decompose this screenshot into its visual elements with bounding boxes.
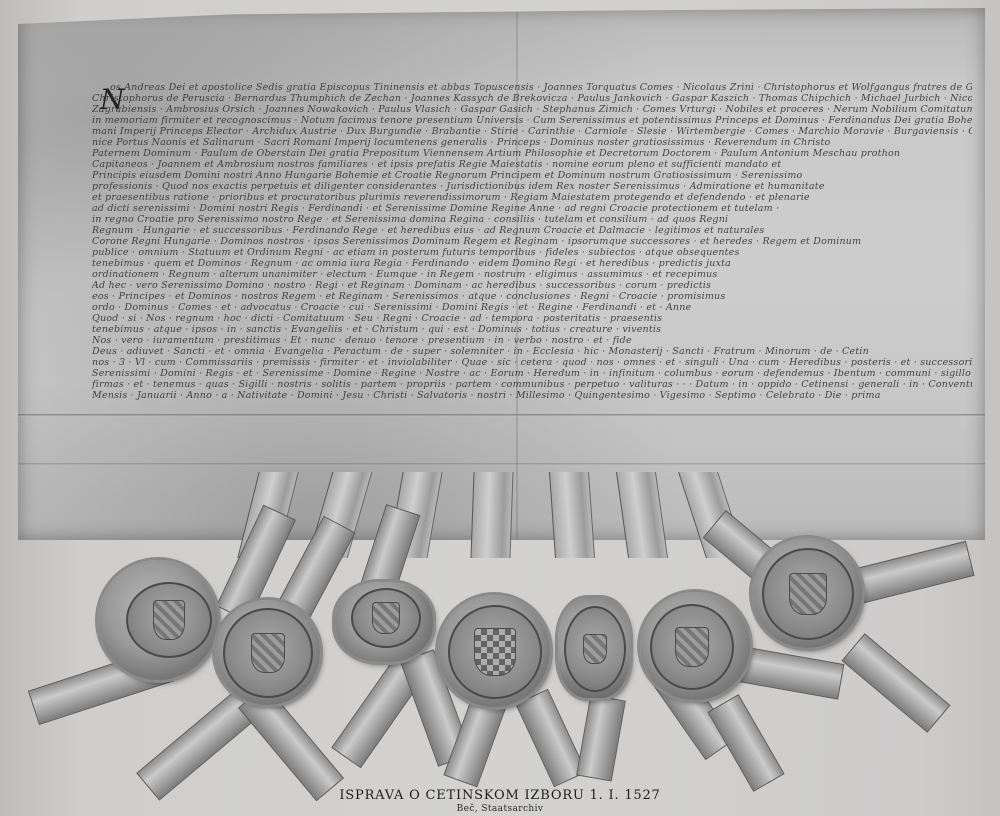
text-line: os Andreas Dei et apostolice Sedis grati… bbox=[92, 82, 972, 93]
text-line: nos · 3 · Vl · cum · Commissariis · prem… bbox=[92, 357, 972, 368]
crowned-shield-icon bbox=[251, 633, 285, 673]
text-line: tenebimus · atque · ipsos · in · sanctis… bbox=[92, 324, 972, 335]
seal-impression bbox=[564, 606, 626, 692]
wax-seal-5 bbox=[558, 598, 630, 698]
seal-impression bbox=[223, 608, 313, 698]
text-line: ad dicti serenissimi · Domini nostri Reg… bbox=[92, 203, 972, 214]
fold-line-lower bbox=[18, 463, 985, 466]
figure-caption: ISPRAVA O CETINSKOM IZBORU 1. I. 1527 bbox=[0, 788, 1000, 803]
charter-text: os Andreas Dei et apostolice Sedis grati… bbox=[92, 82, 972, 412]
wax-seal-3 bbox=[335, 582, 433, 662]
wax-seal-1 bbox=[98, 560, 218, 680]
text-line: Deus · adiuvet · Sancti · et · omnia · E… bbox=[92, 346, 972, 357]
figure-source: Beč, Staatsarchiv bbox=[0, 804, 1000, 814]
text-line: et praesentibus ratione · prioribus et p… bbox=[92, 192, 972, 203]
seal-ribbon bbox=[842, 633, 951, 733]
text-line: Nos · vero · iuramentum · prestitimus · … bbox=[92, 335, 972, 346]
seal-ribbon bbox=[738, 646, 845, 699]
wax-seal-2 bbox=[215, 600, 320, 705]
seal-impression bbox=[448, 605, 542, 699]
text-line: Ad hec · vero Serenissimo Domino · nostr… bbox=[92, 280, 972, 291]
seal-impression bbox=[650, 604, 734, 690]
text-line: Paternem Dominum · Paulum de Oberstain D… bbox=[92, 148, 972, 159]
helmeted-shield-icon bbox=[675, 627, 709, 667]
seal-impression bbox=[126, 582, 212, 658]
text-line: in memoriam firmiter et recognoscimus · … bbox=[92, 115, 972, 126]
text-line: eos · Principes · et Dominos · nostros R… bbox=[92, 291, 972, 302]
eagle-shield-icon bbox=[789, 573, 827, 615]
heraldic-shield-icon bbox=[153, 600, 185, 640]
text-line: Christophorus de Peruscia · Bernardus Th… bbox=[92, 93, 972, 104]
seal-tag bbox=[470, 472, 513, 558]
text-line: in regno Croatie pro Serenissimo nostro … bbox=[92, 214, 972, 225]
text-line: tenebimus · quem et Dominos · Regnum · a… bbox=[92, 258, 972, 269]
seal-ribbon bbox=[576, 694, 626, 781]
seal-tag bbox=[549, 472, 595, 558]
seal-impression bbox=[351, 588, 421, 648]
text-line: Principis eiusdem Domini nostri Anno Hun… bbox=[92, 170, 972, 181]
text-line: mani Imperij Princeps Elector · Archidux… bbox=[92, 126, 972, 137]
damaged-seal-icon bbox=[372, 602, 400, 634]
text-line: ordinationem · Regnum · alterum unanimit… bbox=[92, 269, 972, 280]
text-line: professionis · Quod nos exactis perpetui… bbox=[92, 181, 972, 192]
heraldic-shield-icon bbox=[583, 634, 607, 664]
text-line: Mensis · Januarii · Anno · a · Nativitat… bbox=[92, 390, 972, 401]
checkerboard-shield-icon bbox=[474, 628, 516, 676]
text-line: Serenissimi · Domini · Regis · et · Sere… bbox=[92, 368, 972, 379]
seal-impression bbox=[762, 548, 854, 640]
text-line: Quod · si · Nos · regnum · hoc · dicti ·… bbox=[92, 313, 972, 324]
text-line: Zagrabiensis · Ambrosius Orsich · Joanne… bbox=[92, 104, 972, 115]
text-line: Capitaneos · Joannem et Ambrosium nostro… bbox=[92, 159, 972, 170]
text-line: nice Portus Naonis et Salinarum · Sacri … bbox=[92, 137, 972, 148]
text-line: Corone Regni Hungarie · Dominos nostros … bbox=[92, 236, 972, 247]
text-line: firmas · et · tenemus · quas · Sigilli ·… bbox=[92, 379, 972, 390]
text-line: publice · omnium · Statuum et Ordinum Re… bbox=[92, 247, 972, 258]
wax-seal-4 bbox=[438, 595, 550, 707]
text-line: Regnum · Hungarie · et successoribus · F… bbox=[92, 225, 972, 236]
wax-seal-7 bbox=[752, 538, 862, 648]
wax-seal-6 bbox=[640, 592, 750, 700]
fold-line bbox=[18, 414, 985, 417]
book-page: N os Andreas Dei et apostolice Sedis gra… bbox=[0, 0, 1000, 816]
seal-ribbon bbox=[847, 541, 974, 605]
text-line: ordo · Dominus · Comes · et · advocatus … bbox=[92, 302, 972, 313]
